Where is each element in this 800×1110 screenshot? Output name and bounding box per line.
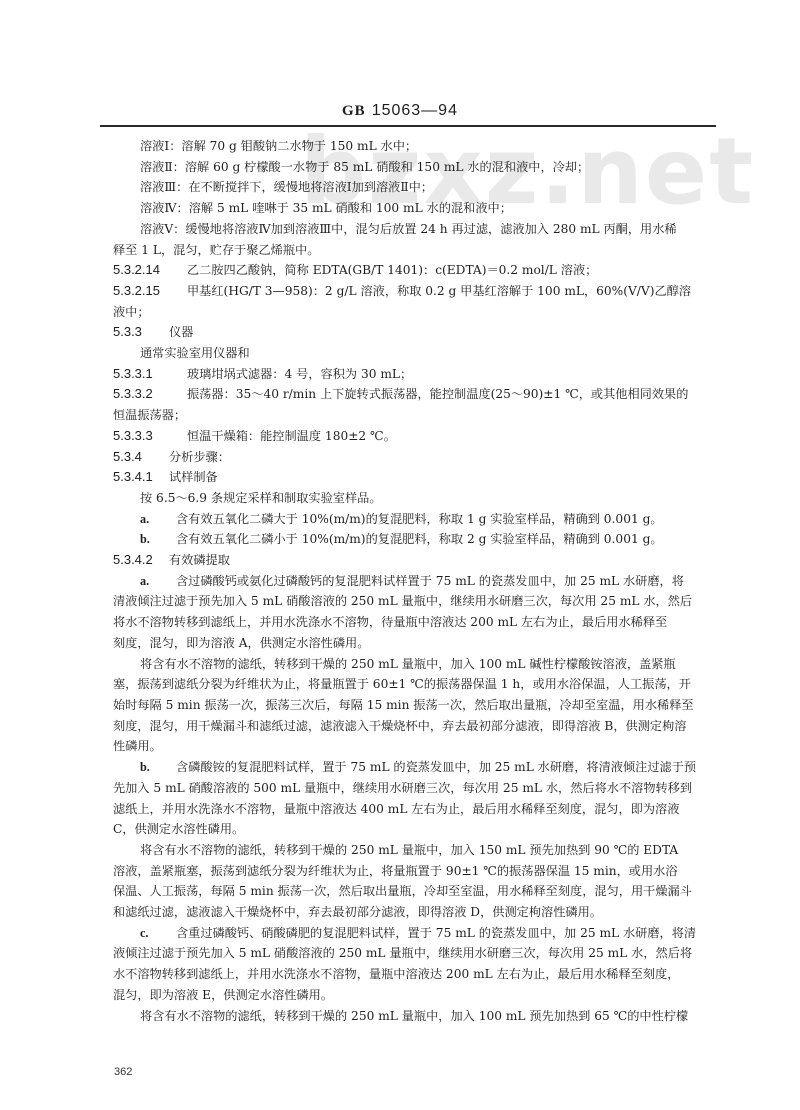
section-number: 5.3.4.1	[113, 467, 169, 488]
paragraph-line: 液倾注过滤于预先加入 5 mL 硝酸溶液的 250 mL 量瓶中，继续用水研磨三…	[113, 943, 713, 964]
paragraph-line: 恒温振荡器；	[113, 405, 713, 426]
section-number: 5.3.4.2	[113, 550, 169, 571]
standard-prefix: GB	[342, 103, 366, 119]
item-marker: a.	[140, 509, 176, 530]
item-text: 含有效五氧化二磷小于 10%(m/m)的复混肥料，称取 2 g 实验室样品，精确…	[176, 532, 663, 546]
section-5-3-4: 5.3.4分析步骤：	[113, 447, 713, 468]
standard-number: GB15063—94	[342, 102, 458, 119]
paragraph-line: 刻度，混匀，用干燥漏斗和滤纸过滤，滤液滤入干燥烧杯中，弃去最初部分滤液，即得溶液…	[113, 716, 713, 737]
paragraph-line: 通常实验室用仪器和	[113, 343, 713, 364]
list-item-b: b.含有效五氧化二磷小于 10%(m/m)的复混肥料，称取 2 g 实验室样品，…	[113, 529, 713, 550]
section-text: 甲基红(HG/T 3—958)：2 g/L 溶液，称取 0.2 g 甲基红溶解于…	[187, 284, 691, 298]
paragraph-line: 混匀，即为溶液 E，供测定水溶性磷用。	[113, 985, 713, 1006]
page-header: GB15063—94	[0, 100, 800, 120]
paragraph-line: 保温、人工振荡，每隔 5 min 振荡一次，然后取出量瓶，冷却至室温，用水稀释至…	[113, 881, 713, 902]
section-number: 5.3.3.1	[113, 364, 187, 385]
paragraph-line: 滤纸上，并用水洗涤水不溶物，量瓶中溶液达 400 mL 左右为止，最后用水稀释至…	[113, 799, 713, 820]
paragraph-line: 塞，振荡到滤纸分裂为纤维状为止，将量瓶置于 60±1 ℃的振荡器保温 1 h，或…	[113, 674, 713, 695]
paragraph-line: 水不溶物转移到滤纸上，并用水洗涤水不溶物，量瓶中溶液达 200 mL 左右为止，…	[113, 964, 713, 985]
page-number: 362	[114, 1066, 132, 1078]
item-text: 含过磷酸钙或氨化过磷酸钙的复混肥料试样置于 75 mL 的瓷蒸发皿中，加 25 …	[176, 574, 684, 588]
paragraph-line: 释至 1 L，混匀，贮存于聚乙烯瓶中。	[113, 240, 713, 261]
list-item-a: a.含过磷酸钙或氨化过磷酸钙的复混肥料试样置于 75 mL 的瓷蒸发皿中，加 2…	[113, 571, 713, 592]
section-text: 乙二胺四乙酸钠，简称 EDTA(GB/T 1401)：c(EDTA)＝0.2 m…	[187, 263, 597, 277]
list-item-c: c.含重过磷酸钙、硝酸磷肥的复混肥料试样，置于 75 mL 的瓷蒸发皿中，加 2…	[113, 923, 713, 944]
item-marker: c.	[140, 923, 176, 944]
section-text: 玻璃坩埚式滤器：4 号，容积为 30 mL；	[187, 367, 412, 381]
section-5-3-4-2: 5.3.4.2有效磷提取	[113, 550, 713, 571]
section-5-3-3-2: 5.3.3.2振荡器：35～40 r/min 上下旋转式振荡器，能控制温度(25…	[113, 384, 713, 405]
item-text: 含有效五氧化二磷大于 10%(m/m)的复混肥料，称取 1 g 实验室样品，精确…	[176, 512, 663, 526]
section-text: 振荡器：35～40 r/min 上下旋转式振荡器，能控制温度(25～90)±1 …	[187, 387, 688, 401]
section-heading: 分析步骤：	[169, 450, 230, 464]
paragraph-line: 清液倾注过滤于预先加入 5 mL 硝酸溶液的 250 mL 量瓶中，继续用水研磨…	[113, 591, 713, 612]
section-number: 5.3.2.14	[113, 260, 187, 281]
document-page: bzxz.net GB15063—94 溶液Ⅰ：溶解 70 g 钼酸钠二水物于 …	[0, 0, 800, 1110]
paragraph-line: 溶液Ⅰ：溶解 70 g 钼酸钠二水物于 150 mL 水中；	[113, 136, 713, 157]
paragraph-line: 始时每隔 5 min 振荡一次，振荡三次后，每隔 15 min 振荡一次，然后取…	[113, 695, 713, 716]
standard-code: 15063—94	[372, 102, 458, 119]
paragraph-line: 刻度，混匀，即为溶液 A，供测定水溶性磷用。	[113, 633, 713, 654]
section-5-3-3-3: 5.3.3.3恒温干燥箱：能控制温度 180±2 ℃。	[113, 426, 713, 447]
item-text: 含磷酸铵的复混肥料试样，置于 75 mL 的瓷蒸发皿中，加 25 mL 水研磨，…	[176, 760, 696, 774]
paragraph-line: 将含有水不溶物的滤纸，转移到干燥的 250 mL 量瓶中，加入 100 mL 碱…	[113, 654, 713, 675]
paragraph-line: 溶液Ⅱ：溶解 60 g 柠檬酸一水物于 85 mL 硝酸和 150 mL 水的混…	[113, 157, 713, 178]
section-number: 5.3.3.3	[113, 426, 187, 447]
section-heading: 仪器	[169, 325, 193, 339]
paragraph-line: 性磷用。	[113, 736, 713, 757]
document-body: 溶液Ⅰ：溶解 70 g 钼酸钠二水物于 150 mL 水中； 溶液Ⅱ：溶解 60…	[113, 136, 713, 1026]
list-item-a: a.含有效五氧化二磷大于 10%(m/m)的复混肥料，称取 1 g 实验室样品，…	[113, 509, 713, 530]
section-5-3-3-1: 5.3.3.1玻璃坩埚式滤器：4 号，容积为 30 mL；	[113, 364, 713, 385]
section-heading: 试样制备	[169, 470, 218, 484]
section-number: 5.3.4	[113, 447, 169, 468]
paragraph-line: 将含有水不溶物的滤纸，转移到干燥的 250 mL 量瓶中，加入 100 mL 预…	[113, 1006, 713, 1027]
item-text: 含重过磷酸钙、硝酸磷肥的复混肥料试样，置于 75 mL 的瓷蒸发皿中，加 25 …	[176, 926, 696, 940]
section-text: 恒温干燥箱：能控制温度 180±2 ℃。	[187, 429, 396, 443]
paragraph-line: 液中；	[113, 302, 713, 323]
paragraph-line: 溶液Ⅲ：在不断搅拌下，缓慢地将溶液Ⅰ加到溶液Ⅱ中；	[113, 177, 713, 198]
section-number: 5.3.3.2	[113, 384, 187, 405]
paragraph-line: 溶液Ⅴ：缓慢地将溶液Ⅳ加到溶液Ⅲ中，混匀后放置 24 h 再过滤，滤液加入 28…	[113, 219, 713, 240]
section-number: 5.3.2.15	[113, 281, 187, 302]
section-5-3-2-14: 5.3.2.14乙二胺四乙酸钠，简称 EDTA(GB/T 1401)：c(EDT…	[113, 260, 713, 281]
section-5-3-3: 5.3.3仪器	[113, 322, 713, 343]
paragraph-line: 溶液Ⅳ：溶解 5 mL 喹啉于 35 mL 硝酸和 100 mL 水的混和液中；	[113, 198, 713, 219]
paragraph-line: 先加入 5 mL 硝酸溶液的 500 mL 量瓶中，继续用水研磨三次，每次用 2…	[113, 778, 713, 799]
list-item-b: b.含磷酸铵的复混肥料试样，置于 75 mL 的瓷蒸发皿中，加 25 mL 水研…	[113, 757, 713, 778]
paragraph-line: C，供测定水溶性磷用。	[113, 819, 713, 840]
section-number: 5.3.3	[113, 322, 169, 343]
paragraph-line: 将水不溶物转移到滤纸上，并用水洗涤水不溶物，待量瓶中溶液达 200 mL 左右为…	[113, 612, 713, 633]
section-5-3-4-1: 5.3.4.1试样制备	[113, 467, 713, 488]
section-heading: 有效磷提取	[169, 553, 230, 567]
paragraph-line: 和滤纸过滤，滤液滤入干燥烧杯中，弃去最初部分滤液，即得溶液 D，供测定枸溶性磷用…	[113, 902, 713, 923]
paragraph-line: 将含有水不溶物的滤纸，转移到干燥的 250 mL 量瓶中，加入 150 mL 预…	[113, 840, 713, 861]
paragraph-line: 按 6.5～6.9 条规定采样和制取实验室样品。	[113, 488, 713, 509]
item-marker: a.	[140, 571, 176, 592]
item-marker: b.	[140, 757, 176, 778]
header-rule	[100, 125, 716, 127]
item-marker: b.	[140, 529, 176, 550]
section-5-3-2-15: 5.3.2.15甲基红(HG/T 3—958)：2 g/L 溶液，称取 0.2 …	[113, 281, 713, 302]
paragraph-line: 溶液，盖紧瓶塞，振荡到滤纸分裂为纤维状为止，将量瓶置于 90±1 ℃的振荡器保温…	[113, 861, 713, 882]
